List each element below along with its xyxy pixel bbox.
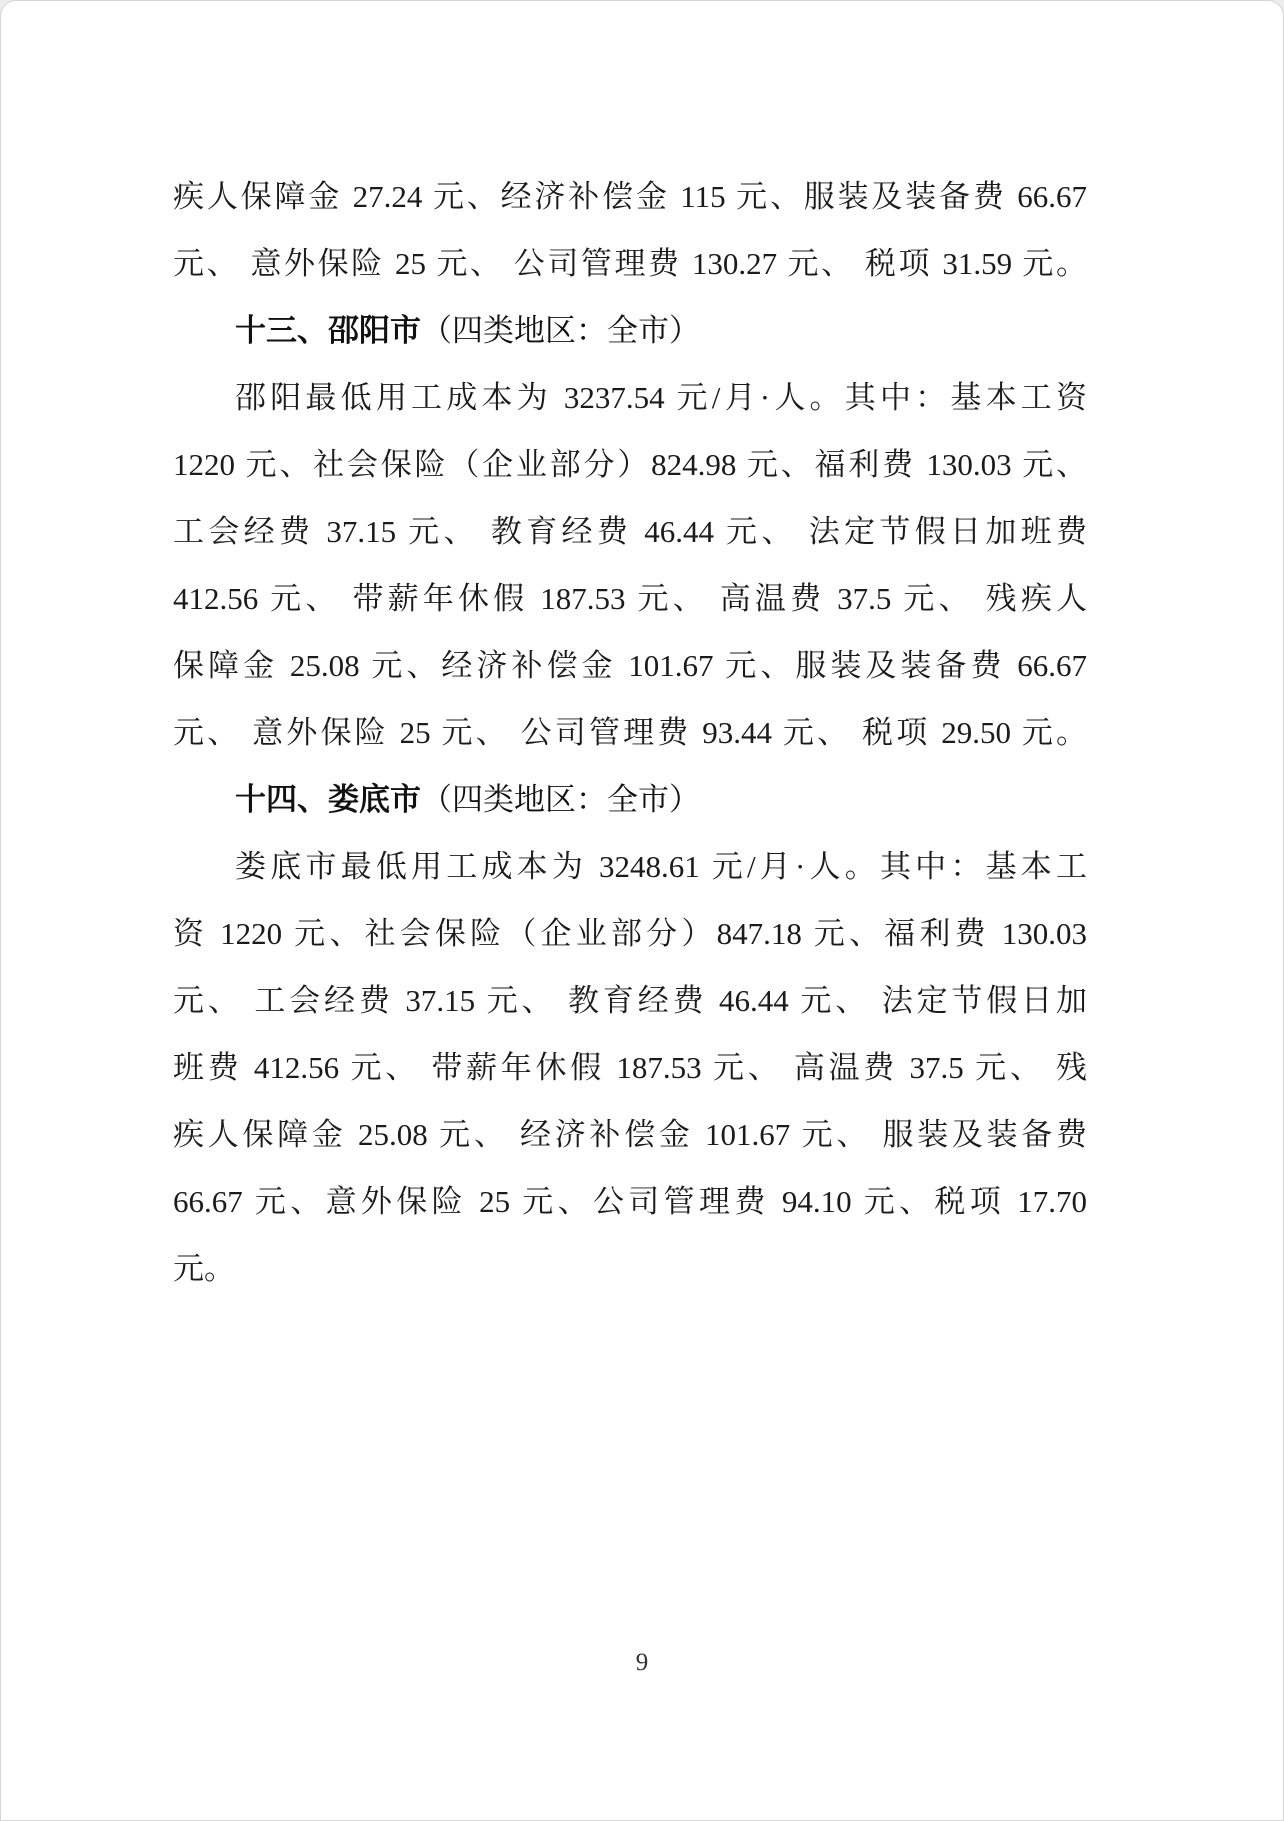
text-line: 娄底市最低用工成本为 3248.61 元/月·人。其中：基本工	[173, 833, 1087, 900]
section-number-city: 十四、娄底市	[235, 782, 421, 817]
document-body: 疾人保障金 27.24 元、经济补偿金 115 元、服装及装备费 66.67 元…	[173, 163, 1087, 1302]
document-page: 疾人保障金 27.24 元、经济补偿金 115 元、服装及装备费 66.67 元…	[0, 0, 1284, 1821]
text-line: 工会经费 37.15 元、 教育经费 46.44 元、 法定节假日加班费	[173, 498, 1087, 565]
page-number: 9	[1, 1649, 1283, 1677]
text-line: 元、 意外保险 25 元、 公司管理费 93.44 元、 税项 29.50 元。	[173, 699, 1087, 766]
section-number-city: 十三、邵阳市	[235, 313, 421, 348]
text-line: 保障金 25.08 元、经济补偿金 101.67 元、服装及装备费 66.67	[173, 632, 1087, 699]
section-heading-loudi: 十四、娄底市（四类地区：全市）	[173, 766, 1087, 833]
text-line: 412.56 元、 带薪年休假 187.53 元、 高温费 37.5 元、 残疾…	[173, 565, 1087, 632]
text-line: 元、 工会经费 37.15 元、 教育经费 46.44 元、 法定节假日加	[173, 967, 1087, 1034]
section-region-note: （四类地区：全市）	[421, 782, 700, 817]
text-line: 疾人保障金 25.08 元、 经济补偿金 101.67 元、 服装及装备费	[173, 1101, 1087, 1168]
text-line: 班费 412.56 元、 带薪年休假 187.53 元、 高温费 37.5 元、…	[173, 1034, 1087, 1101]
text-line: 1220 元、社会保险（企业部分）824.98 元、福利费 130.03 元、	[173, 431, 1087, 498]
text-line: 66.67 元、意外保险 25 元、公司管理费 94.10 元、税项 17.70	[173, 1168, 1087, 1235]
text-line: 邵阳最低用工成本为 3237.54 元/月·人。其中：基本工资	[173, 364, 1087, 431]
text-line: 元。	[173, 1235, 1087, 1302]
text-line: 疾人保障金 27.24 元、经济补偿金 115 元、服装及装备费 66.67	[173, 163, 1087, 230]
text-line: 元、 意外保险 25 元、 公司管理费 130.27 元、 税项 31.59 元…	[173, 230, 1087, 297]
section-region-note: （四类地区：全市）	[421, 313, 700, 348]
section-heading-shaoyang: 十三、邵阳市（四类地区：全市）	[173, 297, 1087, 364]
text-line: 资 1220 元、社会保险（企业部分）847.18 元、福利费 130.03	[173, 900, 1087, 967]
